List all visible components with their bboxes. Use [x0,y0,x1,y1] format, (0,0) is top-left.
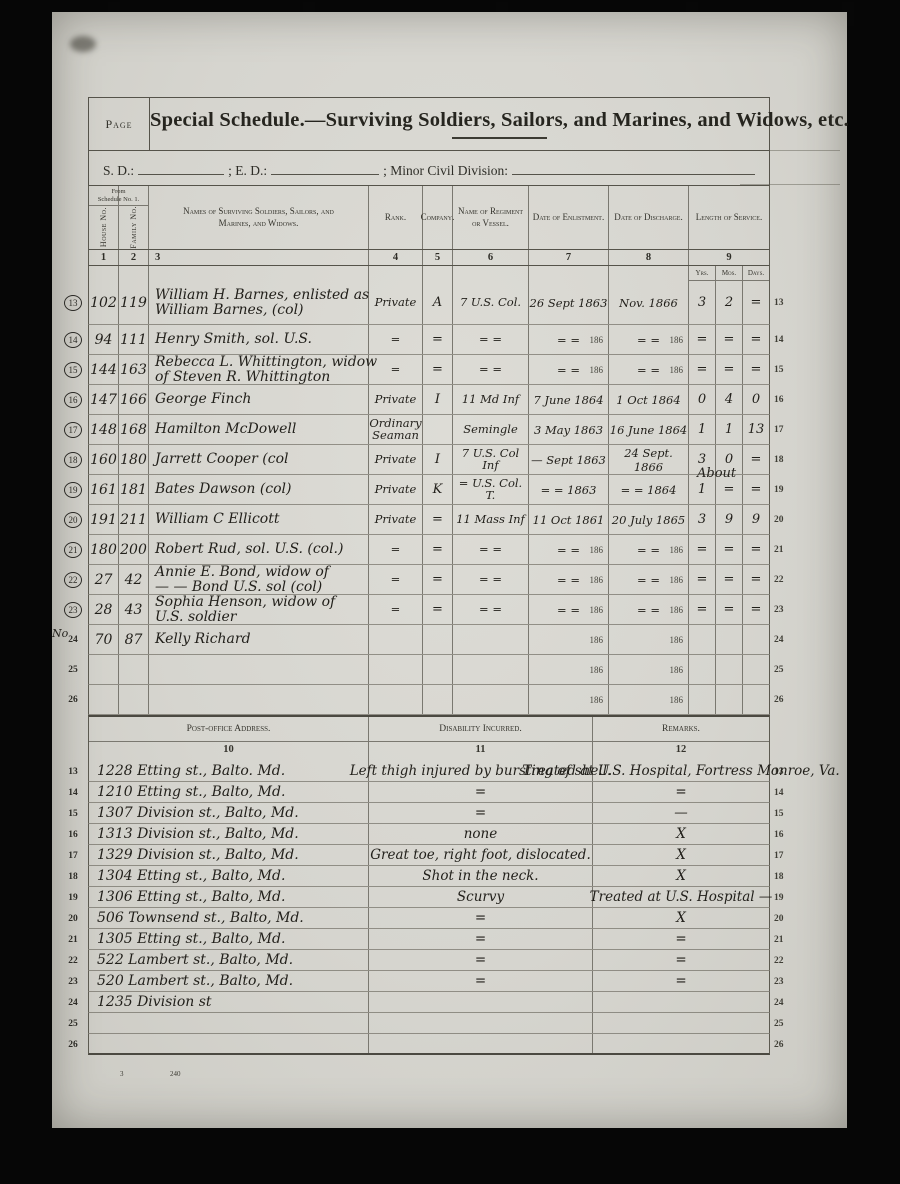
row-number-right: 17 [770,845,796,866]
discharge-cell: 186 = = [609,595,689,624]
family-no-cell: 180 [119,445,149,474]
table-row: No 24 70 87 Kelly Richard [58,625,792,655]
enlistment-cell: 3 May 1863 [529,415,609,444]
regiment-cell: = U.S. Col. T. [453,475,529,504]
col-house: FromSchedule No. 1. House No. [89,186,119,249]
months-cell: 9 [716,505,743,534]
family-no-cell: 168 [119,415,149,444]
col-address: Post-office Address. 10 [89,717,369,761]
rank-cell: Private [369,475,423,504]
col-enlistment: Date of Enlistment. [529,186,609,249]
rank-cell [369,685,423,714]
house-no-cell: 147 [89,385,119,414]
family-no-cell: 181 [119,475,149,504]
rank-cell: Private [369,385,423,414]
family-no-cell [119,655,149,684]
company-cell: A [423,281,453,324]
family-no-cell: 87 [119,625,149,654]
family-no-cell: 166 [119,385,149,414]
row-number-right: 20 [770,505,796,535]
days-cell: = [743,355,769,384]
row-number-right: 14 [770,325,796,355]
regiment-cell [453,655,529,684]
years-cell: 3 [689,505,716,534]
regiment-cell: 11 Mass Inf [453,505,529,534]
enlistment-cell: — Sept 1863 [529,445,609,474]
table-row: 19 1306 Etting st., Balto, Md. Scurvy Tr… [58,887,792,908]
row-number-right: 23 [770,595,796,625]
address-cell: 1313 Division st., Balto, Md. [89,824,369,844]
row-number-left: 21 [64,542,82,558]
name-cell: Henry Smith, sol. U.S. [149,325,369,354]
discharge-cell: 24 Sept. 1866 [609,445,689,474]
printed-year: 186 [670,695,684,705]
days-cell [743,685,769,714]
company-cell: = [423,325,453,354]
name-cell [149,685,369,714]
mcd-blank [512,161,755,175]
family-no-cell: 42 [119,565,149,594]
remarks-cell: Treated at U.S. Hospital, Fortress Monro… [593,761,769,781]
table-row: 22 522 Lambert st., Balto, Md. = = 22 [58,950,792,971]
row-number-left: 24 [68,998,78,1008]
table-row: 18 160 180 Jarrett Cooper (col Private I… [58,445,792,475]
row-number-right: 18 [770,445,796,475]
company-cell: I [423,445,453,474]
enlistment-cell: 186 = = [529,565,609,594]
house-no-cell: 191 [89,505,119,534]
regiment-cell: = = [453,325,529,354]
company-cell [423,685,453,714]
name-cell: Annie E. Bond, widow of— — Bond U.S. sol… [149,565,369,594]
house-no-cell: 161 [89,475,119,504]
family-no-cell: 211 [119,505,149,534]
enlistment-cell: 186 = = [529,535,609,564]
disability-cell [369,992,593,1012]
years-cell [689,655,716,684]
row-number-left: 15 [68,809,78,819]
row-number-right: 17 [770,415,796,445]
years-cell: 3 [689,281,716,324]
row-number-right: 25 [770,1013,796,1034]
row-number-right: 19 [770,475,796,505]
rank-cell: = [369,325,423,354]
days-cell: = [743,445,769,474]
discharge-cell: 186 = = [609,325,689,354]
row-number-left: 13 [64,295,82,311]
days-cell [743,625,769,654]
upper-column-headers: FromSchedule No. 1. House No. Family No.… [58,185,792,249]
name-cell: William C Ellicott [149,505,369,534]
rank-cell: = [369,595,423,624]
address-cell [89,1034,369,1053]
months-cell: = [716,475,743,504]
table-row: 14 94 111 Henry Smith, sol. U.S. = = = = [58,325,792,355]
company-cell: = [423,595,453,624]
table-row: 25 186 [58,655,792,685]
address-cell: 1305 Etting st., Balto, Md. [89,929,369,949]
months-cell: 1 [716,415,743,444]
days-cell: = [743,595,769,624]
address-cell: 506 Townsend st., Balto, Md. [89,908,369,928]
row-number-right: 22 [770,950,796,971]
discharge-cell: 20 July 1865 [609,505,689,534]
regiment-cell: 7 U.S. Col. [453,281,529,324]
table-row: 14 1210 Etting st., Balto, Md. = = 14 [58,782,792,803]
enlistment-cell: 186 = = [529,595,609,624]
remarks-cell: — [593,803,769,823]
discharge-cell: 16 June 1864 [609,415,689,444]
name-cell: Kelly Richard [149,625,369,654]
years-cell: 0 [689,385,716,414]
page-label: Page [89,98,150,150]
row-number-left: 16 [68,830,78,840]
row-number-right: 18 [770,866,796,887]
printed-year: 186 [590,635,604,645]
enlistment-cell: = = 1863 [529,475,609,504]
row-number-right: 25 [770,655,796,685]
upper-column-numbers: 1 2 3 4 5 6 7 8 9 [58,249,792,266]
years-cell: 1 [689,415,716,444]
remarks-cell: = [593,782,769,802]
table-row: 16 147 166 George Finch Private I 11 Md … [58,385,792,415]
row-number-right: 20 [770,908,796,929]
remarks-cell: = [593,971,769,991]
table-row: 19 161 181 Bates Dawson (col) Private K … [58,475,792,505]
row-number-left: 17 [68,851,78,861]
regiment-cell: = = [453,535,529,564]
disability-cell: = [369,782,593,802]
printed-year: 186 [670,665,684,675]
col-names: Names of Surviving Soldiers, Sailors, an… [149,186,369,249]
row-number-left: 20 [64,512,82,528]
row-number-right: 19 [770,887,796,908]
address-cell: 522 Lambert st., Balto, Md. [89,950,369,970]
enlistment-cell: 186 [529,655,609,684]
table-row: 17 148 168 Hamilton McDowell Ordinary Se… [58,415,792,445]
row-number-right: 24 [770,992,796,1013]
months-cell: 4 [716,385,743,414]
remarks-cell: X [593,866,769,886]
regiment-cell: = = [453,595,529,624]
regiment-cell: = = [453,355,529,384]
row-number-left: 16 [64,392,82,408]
days-cell: = [743,325,769,354]
regiment-cell: 11 Md Inf [453,385,529,414]
disability-cell [369,1013,593,1033]
family-no-cell: 43 [119,595,149,624]
enlistment-cell: 26 Sept 1863 [529,281,609,324]
table-row: 25 25 [58,1013,792,1034]
rank-cell: = [369,565,423,594]
row-number-left: 18 [64,452,82,468]
years-cell [689,685,716,714]
row-number-right: 15 [770,355,796,385]
house-no-cell: 148 [89,415,119,444]
rank-cell [369,655,423,684]
address-cell: 1306 Etting st., Balto, Md. [89,887,369,907]
disability-cell: Great toe, right foot, dislocated. [369,845,593,865]
house-no-cell: 144 [89,355,119,384]
row-number-left: 26 [68,695,78,705]
row-number-left: 14 [68,788,78,798]
table-row: 20 506 Townsend st., Balto, Md. = X 20 [58,908,792,929]
company-cell: I [423,385,453,414]
enlistment-cell: 7 June 1864 [529,385,609,414]
address-cell: 1304 Etting st., Balto, Md. [89,866,369,886]
row-number-right: 22 [770,565,796,595]
row-number-left: 25 [68,665,78,675]
title-underline [452,137,547,139]
discharge-cell: Nov. 1866 [609,281,689,324]
row-number-left: 17 [64,422,82,438]
row-number-right: 16 [770,824,796,845]
address-cell: 520 Lambert st., Balto, Md. [89,971,369,991]
months-cell [716,625,743,654]
row-number-left: 20 [68,914,78,924]
table-row: 17 1329 Division st., Balto, Md. Great t… [58,845,792,866]
row-number-right: 26 [770,685,796,715]
lower-table-body: 13 1228 Etting st., Balto. Md. Left thig… [58,761,792,1055]
address-cell: 1228 Etting st., Balto. Md. [89,761,369,781]
rank-cell: Private [369,281,423,324]
months-cell: = [716,325,743,354]
table-row: 13 1228 Etting st., Balto. Md. Left thig… [58,761,792,782]
rank-cell: Private [369,445,423,474]
address-cell [89,1013,369,1033]
days-cell: = [743,475,769,504]
table-row: 24 1235 Division st 24 [58,992,792,1013]
remarks-cell: X [593,845,769,865]
months-cell: = [716,355,743,384]
length-subheader: Yrs. Mos. Days. [58,266,792,281]
row-number-right: 15 [770,803,796,824]
years-cell: = [689,565,716,594]
enlistment-cell: 186 = = [529,355,609,384]
name-cell: Rebecca L. Whittington, widowof Steven R… [149,355,369,384]
disability-cell [369,1034,593,1053]
table-row: 23 520 Lambert st., Balto, Md. = = 23 [58,971,792,992]
years-cell: = [689,355,716,384]
table-row: 18 1304 Etting st., Balto, Md. Shot in t… [58,866,792,887]
house-no-cell: 160 [89,445,119,474]
subcol-yrs: Yrs. [689,266,716,281]
row-number-left: 22 [64,572,82,588]
remarks-cell [593,1034,769,1053]
remarks-cell: Treated at U.S. Hospital — [593,887,769,907]
company-cell: K [423,475,453,504]
disability-cell: = [369,971,593,991]
regiment-cell [453,625,529,654]
scanned-page: Page Special Schedule.—Surviving Soldier… [0,0,900,1184]
table-row: 20 191 211 William C Ellicott Private = … [58,505,792,535]
discharge-cell: 1 Oct 1864 [609,385,689,414]
name-cell: Hamilton McDowell [149,415,369,444]
regiment-cell: 7 U.S. Col Inf [453,445,529,474]
days-cell: = [743,565,769,594]
enlistment-cell: 186 [529,625,609,654]
disability-cell: = [369,950,593,970]
form-header: Page Special Schedule.—Surviving Soldier… [88,97,770,185]
rank-cell [369,625,423,654]
row-number-right: 14 [770,782,796,803]
family-no-cell: 200 [119,535,149,564]
name-cell: George Finch [149,385,369,414]
name-cell: Bates Dawson (col) [149,475,369,504]
discharge-cell: 186 = = [609,535,689,564]
remarks-cell: X [593,824,769,844]
family-no-cell: 111 [119,325,149,354]
company-cell: = [423,355,453,384]
months-cell: 2 [716,281,743,324]
days-cell: 13 [743,415,769,444]
form-title: Special Schedule.—Surviving Soldiers, Sa… [150,109,849,132]
row-number-right: 13 [770,281,796,325]
table-row: 15 144 163 Rebecca L. Whittington, widow… [58,355,792,385]
row-number-right: 24 [770,625,796,655]
row-number-left: 25 [68,1019,78,1029]
disability-cell: none [369,824,593,844]
row-number-left: 14 [64,332,82,348]
discharge-cell: 186 [609,625,689,654]
days-cell: = [743,281,769,324]
house-no-cell [89,655,119,684]
remarks-cell: = [593,929,769,949]
row-number-left: 22 [68,956,78,966]
row-number-right: 26 [770,1034,796,1055]
rank-cell: = [369,355,423,384]
row-number-right: 16 [770,385,796,415]
table-row: 13 102 119 William H. Barnes, enlisted a… [58,281,792,325]
company-cell [423,625,453,654]
days-cell: 9 [743,505,769,534]
upper-table-body: 13 102 119 William H. Barnes, enlisted a… [58,281,792,715]
col-remarks: Remarks. 12 [593,717,769,761]
col-length: Length of Service. [689,186,769,249]
table-row: 23 28 43 Sophia Henson, widow ofU.S. sol… [58,595,792,625]
table-row: 26 26 [58,1034,792,1055]
house-no-cell: 70 [89,625,119,654]
rank-cell: Private [369,505,423,534]
table-row: 26 186 [58,685,792,715]
discharge-cell: 186 = = [609,565,689,594]
col-company: Company. [423,186,453,249]
printed-year: 186 [590,695,604,705]
paper: Page Special Schedule.—Surviving Soldier… [52,12,847,1128]
subcol-mos: Mos. [716,266,743,281]
years-cell: = [689,595,716,624]
remarks-cell [593,1013,769,1033]
table-row: 16 1313 Division st., Balto, Md. none X … [58,824,792,845]
remarks-cell: = [593,950,769,970]
family-no-cell: 119 [119,281,149,324]
name-cell [149,655,369,684]
print-mark: 3 [120,1070,124,1078]
sd-blank [138,161,224,175]
family-no-cell: 163 [119,355,149,384]
sd-label: S. D.: [103,163,134,179]
address-cell: 1210 Etting st., Balto, Md. [89,782,369,802]
disability-cell: Scurvy [369,887,593,907]
company-cell: = [423,565,453,594]
lower-column-headers: Post-office Address. 10 Disability Incur… [58,715,792,761]
printed-year: 186 [590,665,604,675]
name-cell: William H. Barnes, enlisted asWilliam Ba… [149,281,369,324]
rank-cell: Ordinary Seaman [369,415,423,444]
discharge-cell: 186 = = [609,355,689,384]
months-cell: = [716,535,743,564]
enlistment-cell: 186 = = [529,325,609,354]
enlistment-cell: 11 Oct 1861 [529,505,609,534]
row-number-left: 13 [68,767,78,777]
col-family: Family No. [119,186,149,249]
row-number-right: 21 [770,535,796,565]
disability-cell: = [369,803,593,823]
row-number-left: 15 [64,362,82,378]
address-cell: 1329 Division st., Balto, Md. [89,845,369,865]
division-line: S. D.: ; E. D.: ; Minor Civil Division: [89,151,769,185]
disability-cell: = [369,908,593,928]
row-number-left: 21 [68,935,78,945]
house-no-cell: 28 [89,595,119,624]
table-row: 21 180 200 Robert Rud, sol. U.S. (col.) … [58,535,792,565]
row-number-left: 24 [68,635,78,645]
margin-note: No [52,627,68,640]
col-discharge: Date of Discharge. [609,186,689,249]
table-row: 15 1307 Division st., Balto, Md. = — 15 [58,803,792,824]
discharge-cell: = = 1864 [609,475,689,504]
company-cell [423,415,453,444]
address-cell: 1307 Division st., Balto, Md. [89,803,369,823]
days-cell [743,655,769,684]
years-cell: About 1 [689,475,716,504]
printed-year: 186 [670,635,684,645]
col-regiment: Name of Regiment or Vessel. [453,186,529,249]
col-disability: Disability Incurred. 11 [369,717,593,761]
discharge-cell: 186 [609,655,689,684]
years-cell [689,625,716,654]
years-cell: = [689,325,716,354]
row-number-left: 23 [68,977,78,987]
schedule-form: Page Special Schedule.—Surviving Soldier… [58,97,792,1055]
house-no-cell: 102 [89,281,119,324]
months-cell [716,685,743,714]
family-no-cell [119,685,149,714]
months-cell [716,655,743,684]
name-cell: Jarrett Cooper (col [149,445,369,474]
col-rank: Rank. [369,186,423,249]
remarks-cell [593,992,769,1012]
row-number-left: 19 [68,893,78,903]
regiment-cell: = = [453,565,529,594]
row-number-left: 18 [68,872,78,882]
row-number-left: 26 [68,1040,78,1050]
company-cell: = [423,505,453,534]
ed-label: ; E. D.: [228,163,267,179]
subcol-days: Days. [743,266,769,281]
regiment-cell [453,685,529,714]
address-cell: 1235 Division st [89,992,369,1012]
years-cell: = [689,535,716,564]
row-number-left: 23 [64,602,82,618]
table-row: 22 27 42 Annie E. Bond, widow of— — Bond… [58,565,792,595]
row-number-right: 23 [770,971,796,992]
house-no-cell: 94 [89,325,119,354]
enlistment-cell: 186 [529,685,609,714]
scan-smudge [70,36,96,52]
name-cell: Robert Rud, sol. U.S. (col.) [149,535,369,564]
row-number-right: 21 [770,929,796,950]
